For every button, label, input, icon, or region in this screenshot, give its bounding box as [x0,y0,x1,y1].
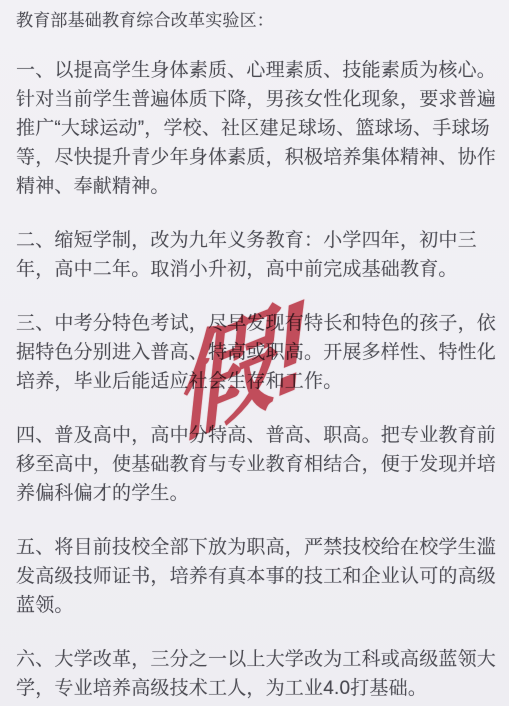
document-page: 教育部基础教育综合改革实验区： 一、以提高学生身体素质、心理素质、技能素质为核心… [0,0,509,706]
paragraph-5: 五、将目前技校全部下放为职高，严禁技校给在校学生滥 发高级技师证书，培养有真本事… [16,533,499,620]
paragraph-1: 一、以提高学生身体素质、心理素质、技能素质为核心。 针对当前学生普遍体质下降，男… [16,56,499,201]
paragraph-6: 六、大学改革，三分之一以上大学改为工科或高级蓝领大 学，专业培养高级技术工人，为… [16,645,499,703]
page-title: 教育部基础教育综合改革实验区： [16,6,499,35]
paragraph-4: 四、普及高中，高中分特高、普高、职高。把专业教育前 移至高中，使基础教育与专业教… [16,421,499,508]
document-body: 教育部基础教育综合改革实验区： 一、以提高学生身体素质、心理素质、技能素质为核心… [0,0,509,703]
paragraph-3: 三、中考分特色考试，尽早发现有特长和特色的孩子，依 据特色分别进入普高、特高或职… [16,309,499,396]
paragraph-2: 二、缩短学制，改为九年义务教育：小学四年，初中三 年，高中二年。取消小升初，高中… [16,226,499,284]
